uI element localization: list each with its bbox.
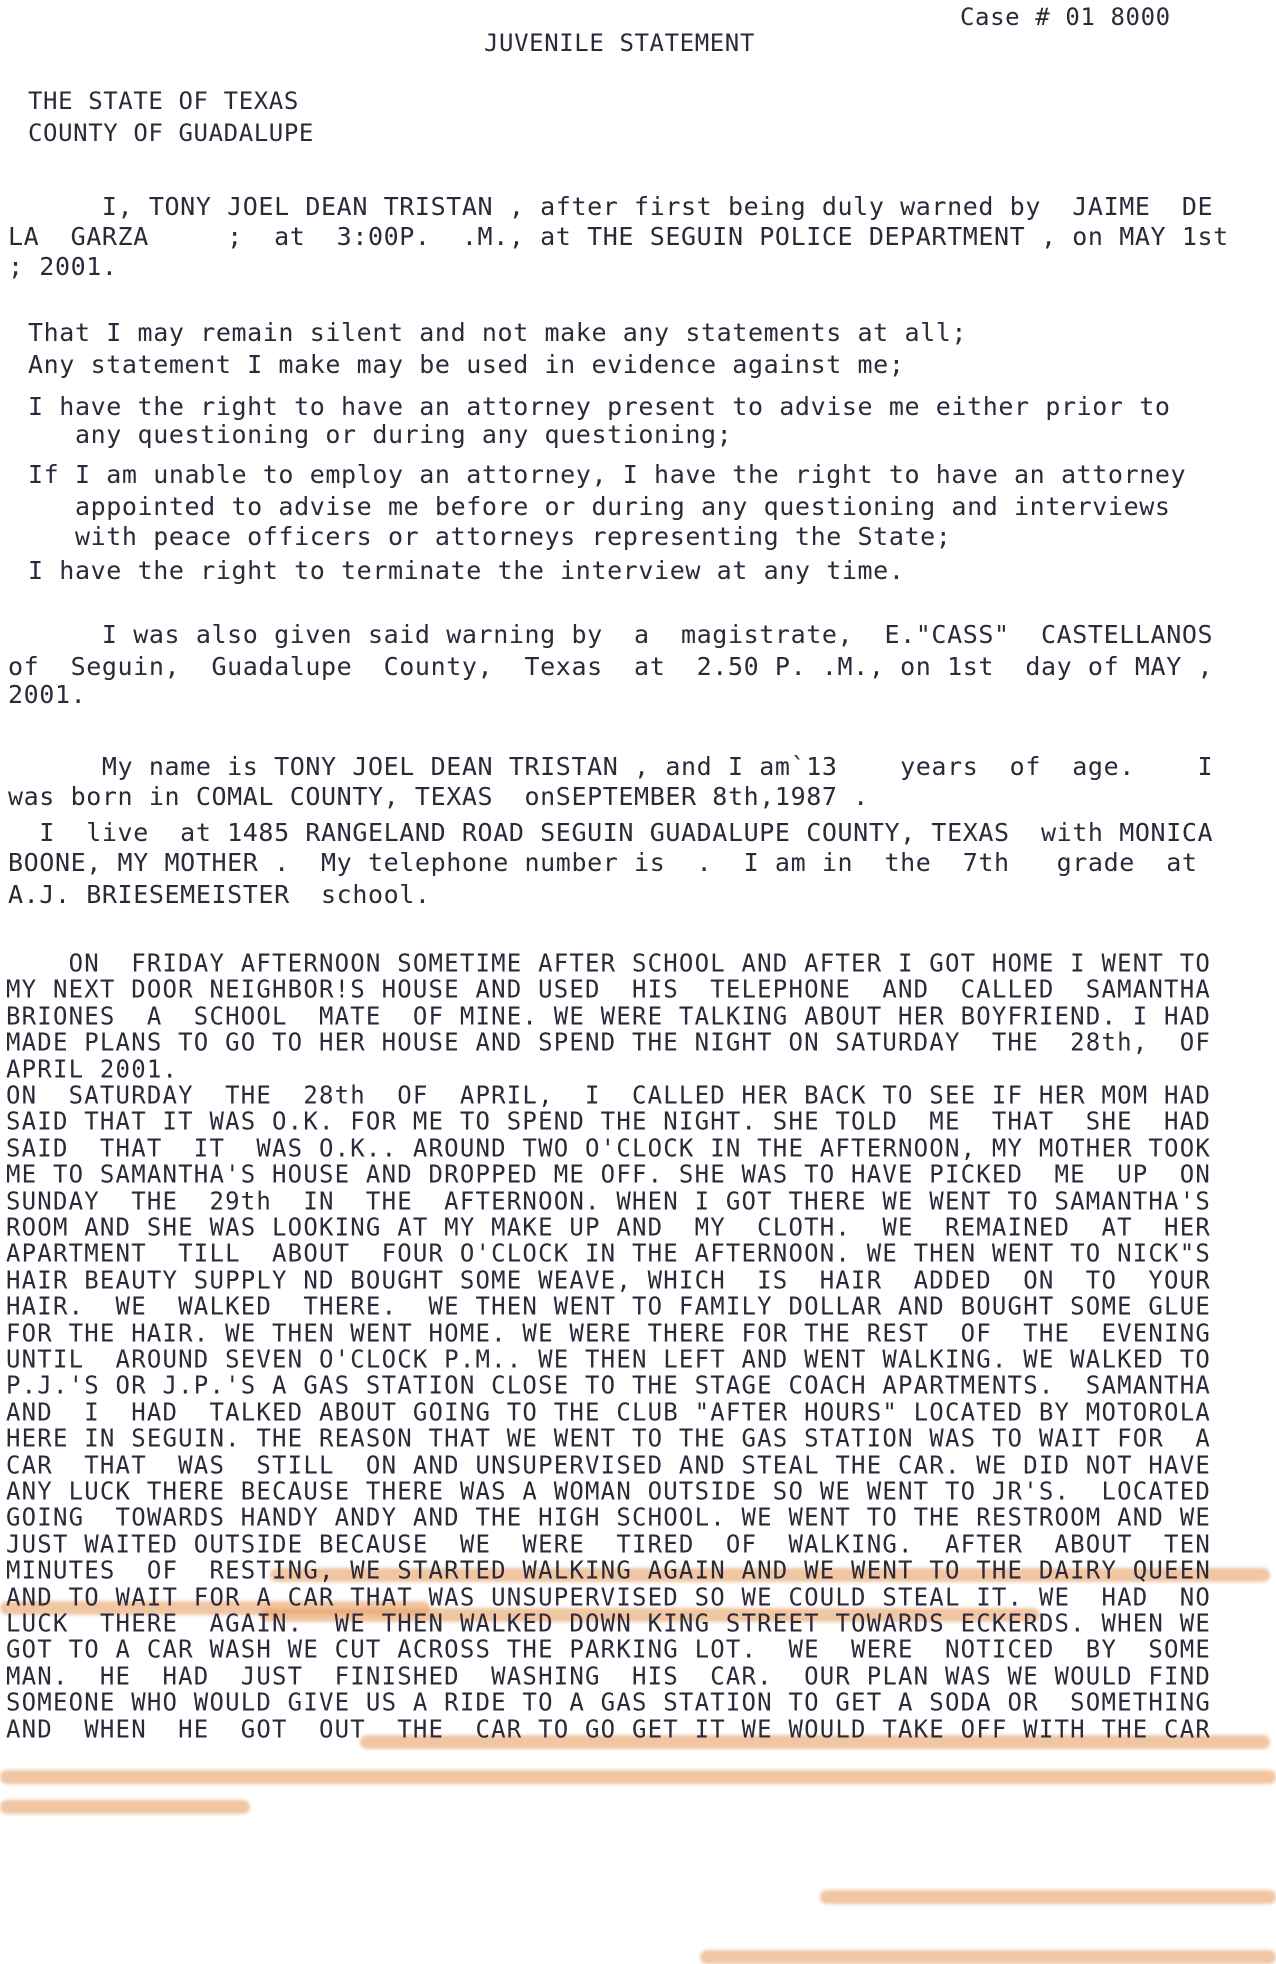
text-line: was born in COMAL COUNTY, TEXAS onSEPTEM… [8, 782, 869, 812]
text-line: A.J. BRIESEMEISTER school. [8, 880, 431, 910]
highlighter-mark [820, 1890, 1276, 1904]
text-line: If I am unable to employ an attorney, I … [28, 460, 1186, 490]
text-line: My name is TONY JOEL DEAN TRISTAN , and … [8, 752, 1213, 782]
text-line: I, TONY JOEL DEAN TRISTAN , after first … [8, 192, 1213, 222]
county-heading: COUNTY OF GUADALUPE [28, 118, 314, 148]
text-line: I have the right to have an attorney pre… [28, 392, 1171, 422]
text-line: ; 2001. [8, 252, 118, 282]
highlighter-mark [0, 1800, 250, 1814]
text-line: I was also given said warning by a magis… [8, 620, 1213, 650]
text-line: Any statement I make may be used in evid… [28, 350, 904, 380]
text-line: any questioning or during any questionin… [28, 420, 732, 450]
case-number: Case # 01 8000 [960, 2, 1171, 32]
text-line: of Seguin, Guadalupe County, Texas at 2.… [8, 652, 1213, 682]
text-line: with peace officers or attorneys represe… [28, 522, 951, 552]
text-line: 2001. [8, 680, 86, 710]
state-heading: THE STATE OF TEXAS [28, 86, 299, 116]
text-line: MADE PLANS TO GO TO HER HOUSE AND SPEND … [6, 1026, 1211, 1058]
text-line: BOONE, MY MOTHER . My telephone number i… [8, 848, 1198, 878]
document-title: JUVENILE STATEMENT [484, 28, 755, 58]
text-line: I have the right to terminate the interv… [28, 556, 904, 586]
text-line: LA GARZA ; at 3:00P. .M., at THE SEGUIN … [8, 222, 1229, 252]
text-line: That I may remain silent and not make an… [28, 318, 967, 348]
text-line: appointed to advise me before or during … [28, 492, 1171, 522]
highlighter-mark [700, 1950, 1276, 1964]
text-line: I live at 1485 RANGELAND ROAD SEGUIN GUA… [8, 818, 1213, 848]
text-line: AND WHEN HE GOT OUT THE CAR TO GO GET IT… [6, 1713, 1211, 1745]
highlighter-mark [0, 1770, 1276, 1784]
